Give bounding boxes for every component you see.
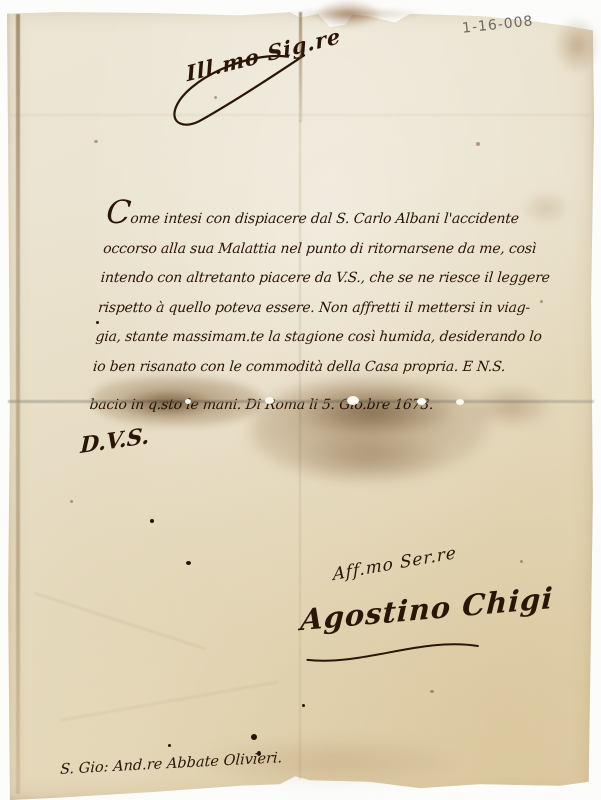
body-line: intendo con altretanto piacere da V.S., … xyxy=(99,264,542,294)
fold-wear-hole xyxy=(417,398,426,405)
body-line-dateline: bacio in q.sto le mani. Di Roma li 5. Gi… xyxy=(88,391,531,421)
ink-speck xyxy=(168,744,171,747)
fold-wear-hole xyxy=(185,399,191,404)
body-line: Come intesi con dispiacere dal S. Carlo … xyxy=(105,198,548,235)
scanned-letter-canvas: 1-16-008 Ill.mo Sig.re Come intesi con d… xyxy=(0,0,601,800)
body-line: io ben risanato con le commodità della C… xyxy=(92,353,535,383)
foxing-spot xyxy=(70,500,73,503)
body-line: rispetto à quello poteva essere. Non aff… xyxy=(97,294,540,324)
ink-speck xyxy=(251,734,257,740)
body-line: gia, stante massimam.te la stagione così… xyxy=(94,323,537,353)
foxing-spot xyxy=(520,560,523,563)
foxing-spot xyxy=(94,140,98,143)
ink-speck xyxy=(186,561,191,565)
foxing-spot xyxy=(430,690,434,693)
fold-wear-hole xyxy=(265,397,274,404)
foxing-spot xyxy=(540,300,543,303)
ink-speck xyxy=(257,751,261,756)
fold-wear-hole xyxy=(456,399,464,405)
letter-body: Come intesi con dispiacere dal S. Carlo … xyxy=(88,198,547,421)
foxing-spot xyxy=(476,142,480,146)
fold-wear-hole xyxy=(347,396,359,405)
ink-speck xyxy=(302,704,305,707)
body-line: occorso alla sua Malattia nel punto di r… xyxy=(102,235,545,265)
foxing-spot xyxy=(214,96,217,99)
ink-speck xyxy=(150,519,154,523)
ink-speck xyxy=(96,321,99,324)
